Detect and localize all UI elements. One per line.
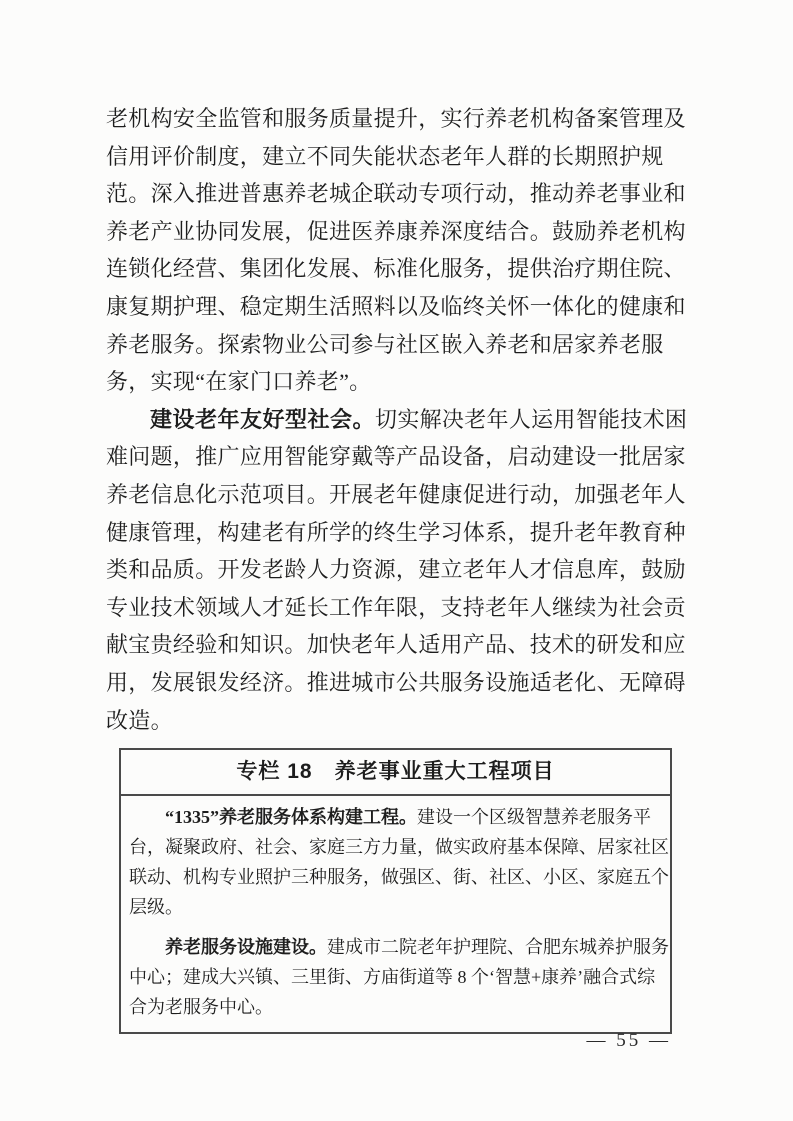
- text-line: 联动、机构专业照护三种服务，做强区、街、社区、小区、家庭五个: [129, 862, 662, 892]
- text-line: 务，实现“在家门口养老”。: [106, 363, 706, 401]
- bold-lead: “1335”养老服务体系构建工程。: [165, 807, 417, 827]
- text-line: 用，发展银发经济。推进城市公共服务设施适老化、无障碍: [106, 664, 706, 702]
- text-line: 改造。: [106, 702, 706, 740]
- document-page: 老机构安全监管和服务质量提升，实行养老机构备案管理及信用评价制度，建立不同失能状…: [0, 0, 793, 1121]
- box-body: “1335”养老服务体系构建工程。建设一个区级智慧养老服务平台，凝聚政府、社会、…: [121, 796, 670, 1032]
- text-line: 台，凝聚政府、社会、家庭三方力量，做实政府基本保障、居家社区: [129, 832, 662, 862]
- text-line: 献宝贵经验和知识。加快老年人适用产品、技术的研发和应: [106, 626, 706, 664]
- paragraph-elder-institutions: 老机构安全监管和服务质量提升，实行养老机构备案管理及信用评价制度，建立不同失能状…: [106, 100, 706, 401]
- text-line: 信用评价制度，建立不同失能状态老年人群的长期照护规: [106, 138, 706, 176]
- text-line: 专业技术领域人才延长工作年限，支持老年人继续为社会贡: [106, 589, 706, 627]
- text-line: 建设老年友好型社会。切实解决老年人运用智能技术困: [106, 401, 706, 439]
- box-title: 专栏 18 养老事业重大工程项目: [121, 750, 670, 796]
- page-number: — 55 —: [587, 1030, 672, 1052]
- text-line: “1335”养老服务体系构建工程。建设一个区级智慧养老服务平: [129, 802, 662, 832]
- feature-box-column-18: 专栏 18 养老事业重大工程项目 “1335”养老服务体系构建工程。建设一个区级…: [119, 748, 672, 1034]
- text-line: 康复期护理、稳定期生活照料以及临终关怀一体化的健康和: [106, 288, 706, 326]
- body-text: 老机构安全监管和服务质量提升，实行养老机构备案管理及信用评价制度，建立不同失能状…: [106, 100, 706, 739]
- text-line: 健康管理，构建老有所学的终生学习体系，提升老年教育种: [106, 514, 706, 552]
- bold-lead: 养老服务设施建设。: [165, 937, 327, 957]
- text-line: 难问题，推广应用智能穿戴等产品设备，启动建设一批居家: [106, 438, 706, 476]
- text-line: 层级。: [129, 892, 662, 922]
- text-line: 养老产业协同发展，促进医养康养深度结合。鼓励养老机构: [106, 213, 706, 251]
- bold-lead: 建设老年友好型社会。: [150, 407, 375, 432]
- box-paragraph-facility-construction: 养老服务设施建设。建成市二院老年护理院、合肥东城养护服务中心；建成大兴镇、三里街…: [129, 932, 662, 1022]
- text-line: 合为老服务中心。: [129, 992, 662, 1022]
- text-line: 中心；建成大兴镇、三里街、方庙街道等 8 个‘智慧+康养’融合式综: [129, 962, 662, 992]
- text-line: 养老服务设施建设。建成市二院老年护理院、合肥东城养护服务: [129, 932, 662, 962]
- text-line: 养老服务。探索物业公司参与社区嵌入养老和居家养老服: [106, 326, 706, 364]
- paragraph-age-friendly-society: 建设老年友好型社会。切实解决老年人运用智能技术困难问题，推广应用智能穿戴等产品设…: [106, 401, 706, 739]
- text-line: 老机构安全监管和服务质量提升，实行养老机构备案管理及: [106, 100, 706, 138]
- text-line: 连锁化经营、集团化发展、标准化服务，提供治疗期住院、: [106, 250, 706, 288]
- text-line: 范。深入推进普惠养老城企联动专项行动，推动养老事业和: [106, 175, 706, 213]
- text-line: 养老信息化示范项目。开展老年健康促进行动，加强老年人: [106, 476, 706, 514]
- text-line: 类和品质。开发老龄人力资源，建立老年人才信息库，鼓励: [106, 551, 706, 589]
- box-paragraph-1335-project: “1335”养老服务体系构建工程。建设一个区级智慧养老服务平台，凝聚政府、社会、…: [129, 802, 662, 922]
